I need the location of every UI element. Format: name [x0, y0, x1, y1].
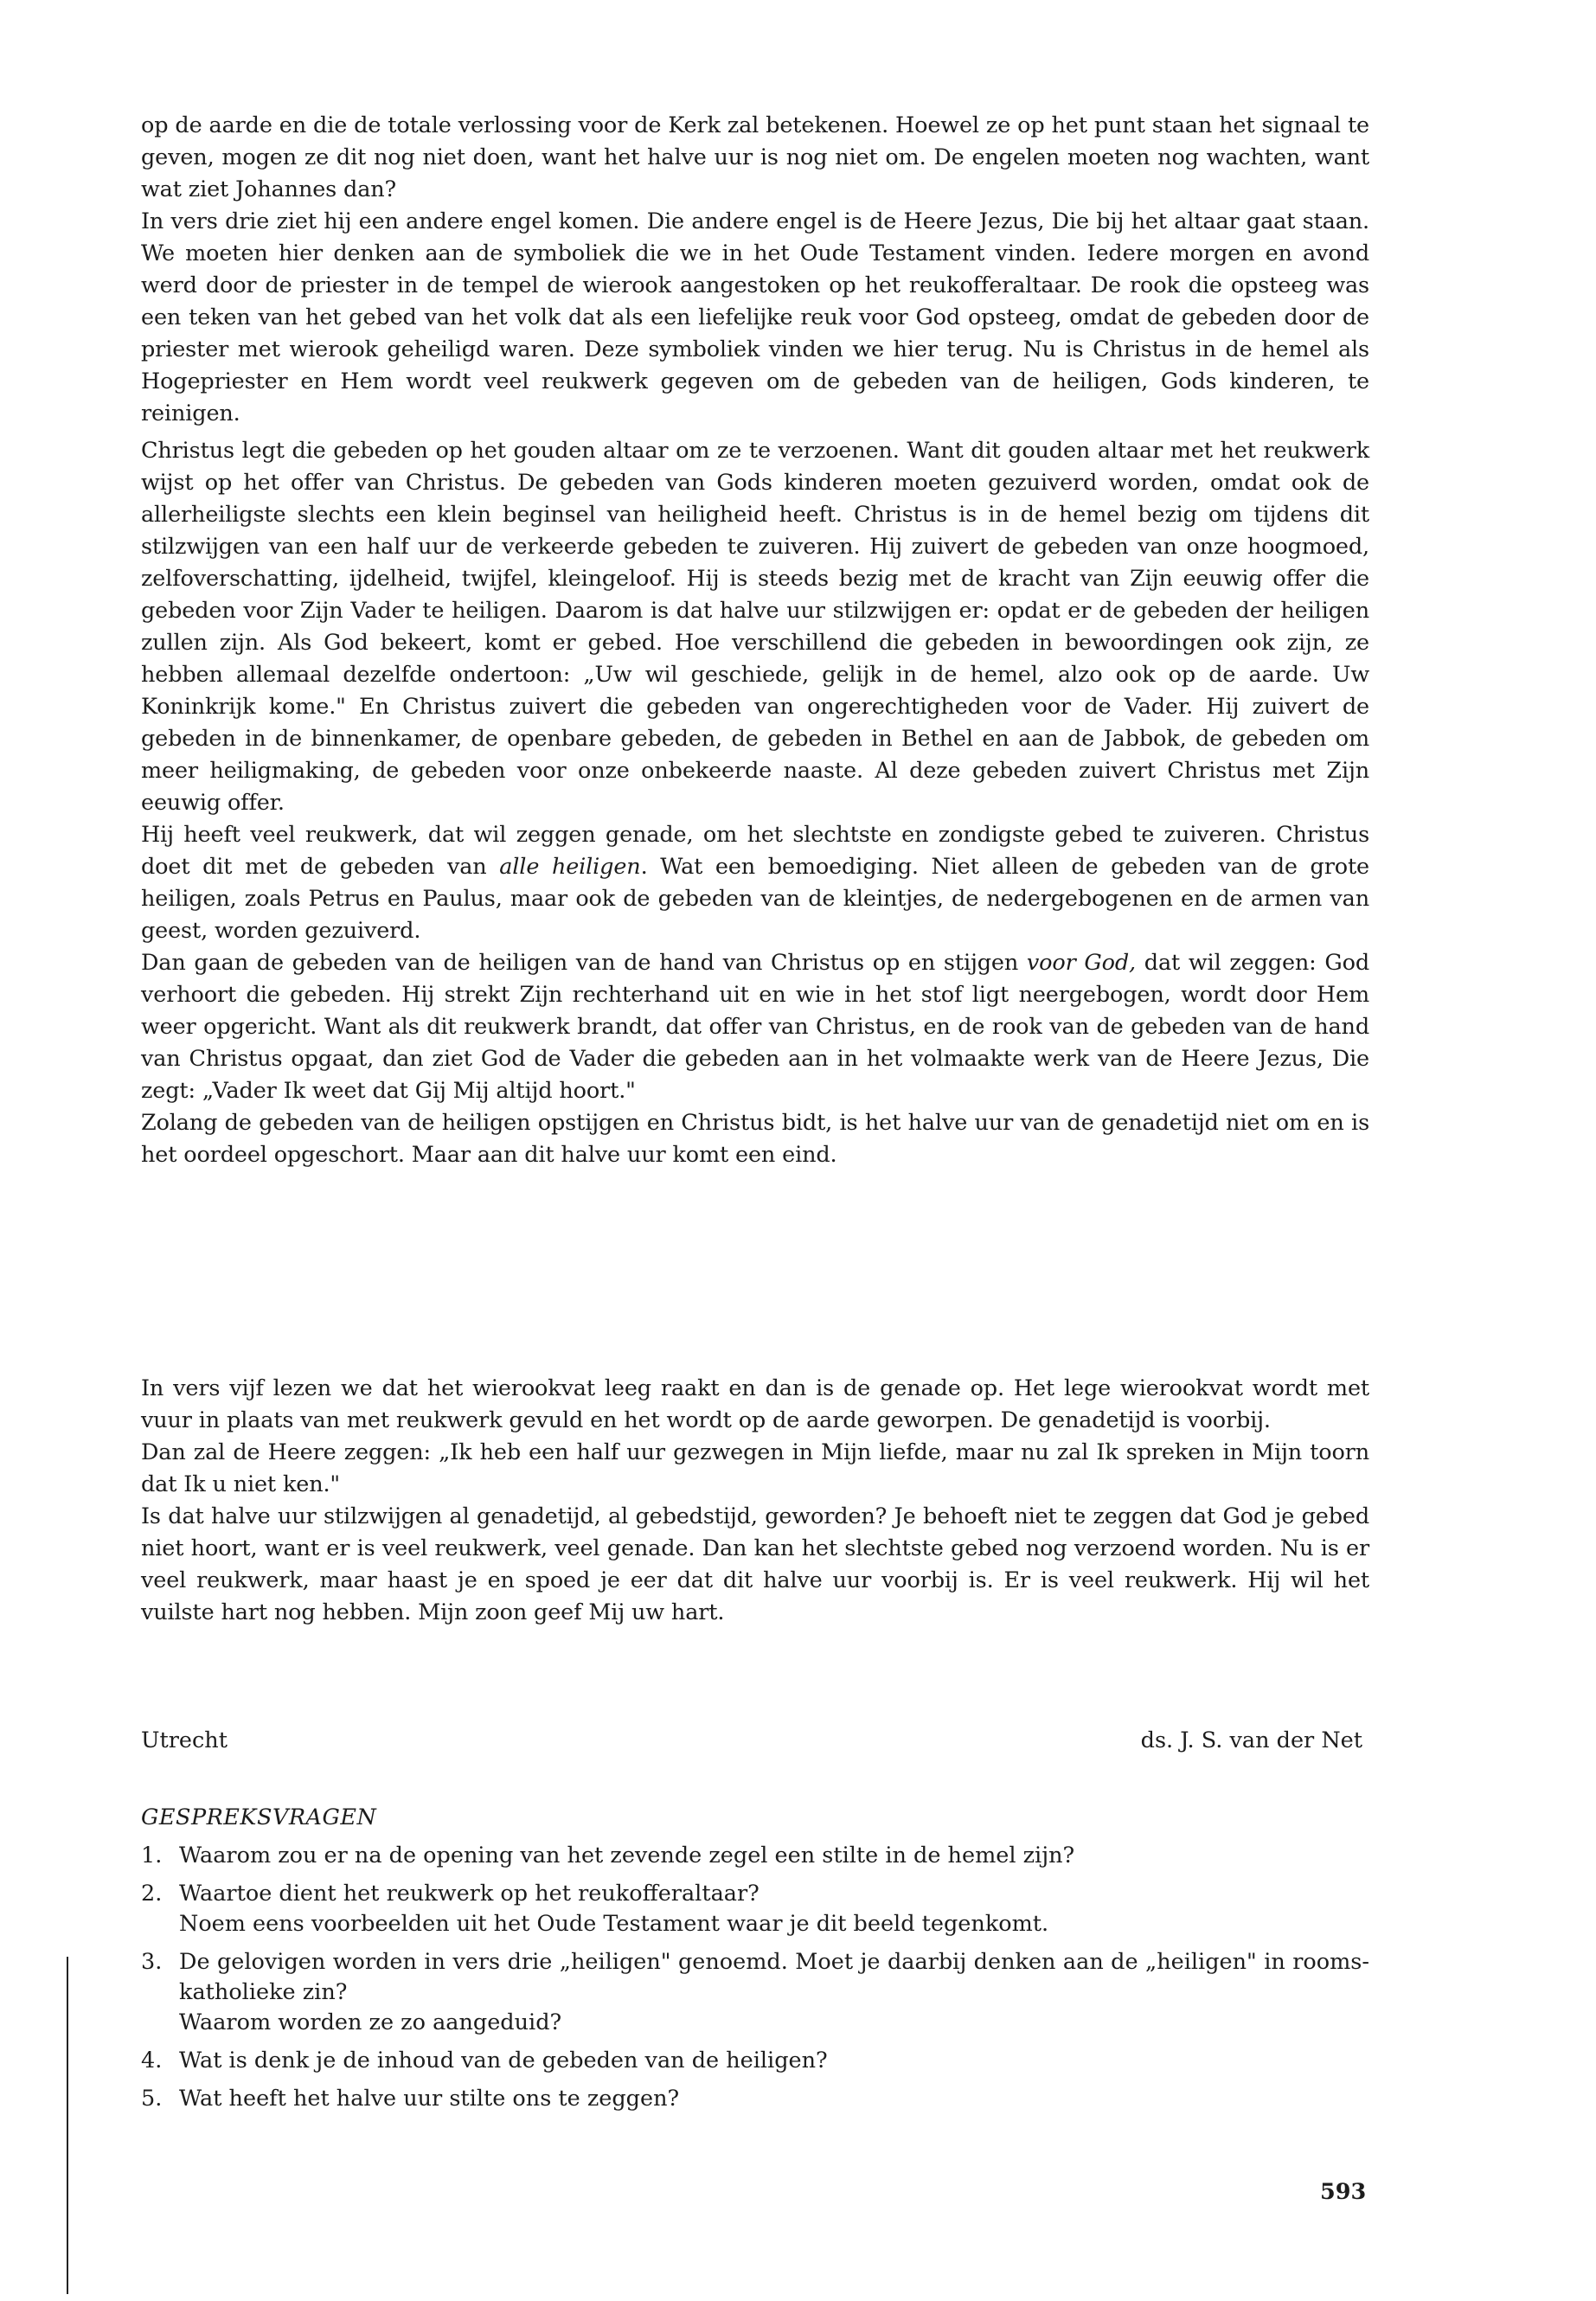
question-text: Waartoe dient het reukwerk op het reukof… [179, 1879, 1369, 1909]
question-text: Wat heeft het halve uur stilte ons te ze… [179, 2084, 1369, 2114]
body-text-block-2: In vers vijf lezen we dat het wierookvat… [141, 1373, 1369, 1629]
question-text: Wat is denk je de inhoud van de gebeden … [179, 2046, 1369, 2076]
question-item: 2. Waartoe dient het reukwerk op het reu… [141, 1879, 1369, 1939]
question-number: 1. [141, 1841, 179, 1871]
paragraph: Christus legt die gebeden op het gouden … [141, 435, 1369, 819]
questions-heading: GESPREKSVRAGEN [141, 1802, 376, 1834]
emphasis: alle heiligen [499, 854, 640, 880]
paragraph: Is dat halve uur stilzwijgen al genadeti… [141, 1501, 1369, 1629]
question-text: De gelovigen worden in vers drie „heilig… [179, 1947, 1369, 2008]
question-text: Waarom worden ze zo aangeduid? [179, 2008, 1369, 2038]
question-text: Noem eens voorbeelden uit het Oude Testa… [179, 1909, 1369, 1939]
paragraph-hij-heeft: Hij heeft veel reukwerk, dat wil zeggen … [141, 819, 1369, 947]
paragraph: In vers vijf lezen we dat het wierookvat… [141, 1373, 1369, 1437]
margin-rule [67, 1957, 68, 2294]
paragraph: Zolang de gebeden van de heiligen opstij… [141, 1107, 1369, 1171]
question-number: 3. [141, 1947, 179, 2038]
signature-row: Utrecht ds. J. S. van der Net [141, 1725, 1362, 1757]
question-number: 2. [141, 1879, 179, 1939]
questions-list: 1. Waarom zou er na de opening van het z… [141, 1841, 1369, 2122]
question-item: 3. De gelovigen worden in vers drie „hei… [141, 1947, 1369, 2038]
emphasis: voor God, [1027, 950, 1136, 976]
paragraph: op de aarde en die de totale verlossing … [141, 110, 1369, 206]
question-number: 5. [141, 2084, 179, 2114]
question-number: 4. [141, 2046, 179, 2076]
page-number: 593 [1320, 2176, 1366, 2208]
paragraph-dan-gaan: Dan gaan de gebeden van de heiligen van … [141, 947, 1369, 1107]
question-text: Waarom zou er na de opening van het zeve… [179, 1841, 1369, 1871]
question-item: 5. Wat heeft het halve uur stilte ons te… [141, 2084, 1369, 2114]
body-text-block-1: op de aarde en die de totale verlossing … [141, 110, 1369, 1171]
question-item: 1. Waarom zou er na de opening van het z… [141, 1841, 1369, 1871]
paragraph: Dan zal de Heere zeggen: „Ik heb een hal… [141, 1437, 1369, 1501]
signature-author: ds. J. S. van der Net [1141, 1725, 1362, 1757]
question-item: 4. Wat is denk je de inhoud van de gebed… [141, 2046, 1369, 2076]
paragraph: In vers drie ziet hij een andere engel k… [141, 206, 1369, 430]
signature-place: Utrecht [141, 1725, 228, 1757]
